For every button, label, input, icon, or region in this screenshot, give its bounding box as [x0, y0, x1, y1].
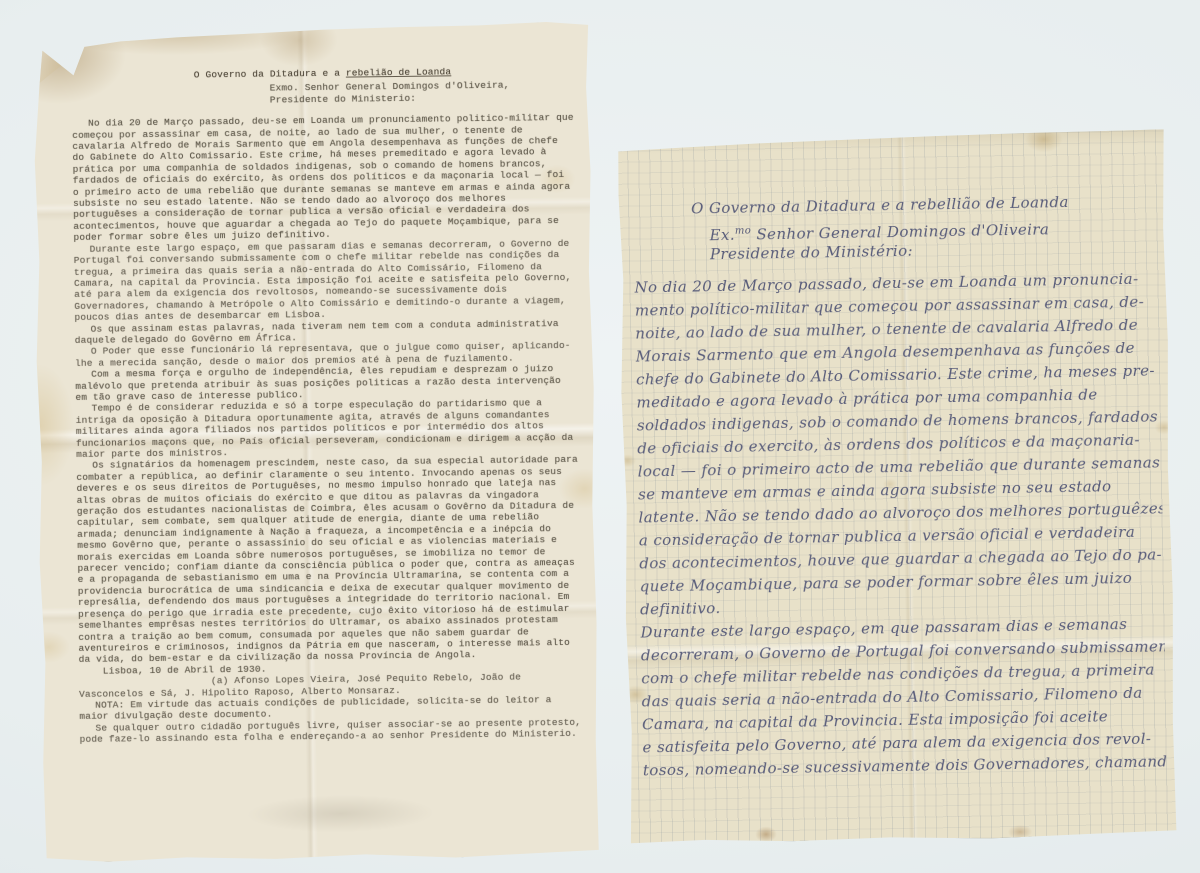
typed-document-content: O Governo da Ditadura e a rebelião de Lo…	[71, 65, 581, 746]
typed-paragraph: Durante este largo espaço, em que passar…	[74, 238, 577, 324]
handwritten-addressee-prefix: Ex.	[709, 226, 735, 243]
typed-paragraphs: No dia 20 de Março passado, deu-se em Lo…	[72, 112, 581, 666]
handwritten-body-lines: No dia 20 de Março passado, deu-se em Lo…	[634, 267, 1167, 782]
typed-title-plain: O Governo da Ditadura e a	[194, 68, 346, 81]
handwritten-addressee-superscript: mo	[735, 226, 752, 237]
typed-title-underlined: rebelião de Loanda	[346, 66, 451, 78]
handwritten-document-content: O Governo da Ditadura e a rebellião de L…	[633, 189, 1167, 782]
typed-paragraph: Os signatários da homenagem prescindem, …	[76, 454, 580, 665]
handwritten-document-page: O Governo da Ditadura e a rebellião de L…	[616, 129, 1178, 844]
typed-paragraph: Tempo é de considerar reduzida e só a to…	[76, 397, 579, 460]
typed-paragraph: No dia 20 de Março passado, deu-se em Lo…	[72, 112, 575, 244]
typed-addressee-block: Exmo. Senhor General Domingos d'Oliveira…	[270, 79, 574, 106]
photo-backdrop: O Governo da Ditadura e a rebelião de Lo…	[0, 0, 1200, 873]
typed-document-page: O Governo da Ditadura e a rebelião de Lo…	[31, 21, 601, 864]
